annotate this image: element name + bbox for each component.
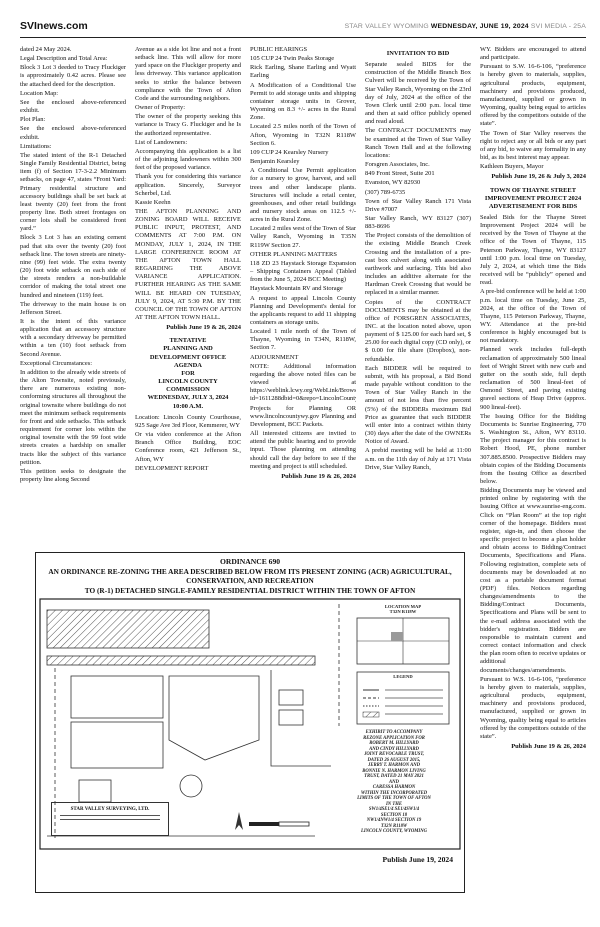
issue-date: WEDNESDAY, JUNE 19, 2024 [431, 23, 529, 30]
notice-body: Thank you for considering this variance … [135, 173, 241, 197]
notice-body: Sealed Bids for the Thayne Street Improv… [480, 214, 586, 287]
notice-column-3: PUBLIC HEARINGS105 CUP 24 Twin Peaks Sto… [250, 46, 356, 546]
notice-publish: Publish June 19, 26 & July 3, 2024 [480, 173, 586, 181]
notice-body: The CONTRACT DOCUMENTS may be examined a… [365, 127, 471, 160]
notice-body: A Conditional Use Permit application for… [250, 167, 356, 224]
notice-body: Block 3 Lot 3 has an existing cement pad… [20, 234, 126, 299]
location-map-label: LOCATION MAP T32N R118W [355, 604, 451, 615]
masthead-rule [20, 37, 586, 38]
notice-body: PUBLIC HEARINGS [250, 46, 356, 54]
notice-body: In addition to the already wide streets … [20, 369, 126, 467]
notice-publish: Publish June 19 & 26, 2024 [135, 324, 241, 332]
notice-body: 118 ZD 23 Haystack Storage Expansion – S… [250, 260, 356, 284]
notice-body: The owner of the property seeking this v… [135, 113, 241, 137]
notice-body: The Issuing Office for the Bidding Docum… [480, 413, 586, 486]
notice-body: 109 CUP 24 Kearsley Nursery [250, 149, 356, 157]
notice-body: Plot Plan: [20, 116, 126, 124]
notice-body: This petition seeks to designate the pro… [20, 468, 126, 484]
notice-body: See the enclosed above-referenced exhibi… [20, 125, 126, 141]
notice-body: The Town of Star Valley reserves the rig… [480, 130, 586, 163]
notice-heading: TOWN OF THAYNE STREET IMPROVEMENT PROJEC… [480, 187, 586, 211]
notice-body: Block 3 Lot 3 deeded to Tracy Fluckiger … [20, 64, 126, 88]
notice-body: Legal Description and Total Area: [20, 55, 126, 63]
site-name: SVInews.com [20, 20, 88, 32]
notice-body: Each BIDDER will be required to submit, … [365, 365, 471, 447]
notice-body: (307) 789-6735 [365, 189, 471, 197]
notice-body: Pursuant to S.W. 16-6-106, “preference i… [480, 63, 586, 128]
notice-body: The driveway to the main house is on Jef… [20, 301, 126, 317]
notice-column-5: WY. Bidders are encouraged to attend and… [480, 46, 586, 841]
notice-body: Kassie Keehn [135, 199, 241, 207]
notice-body: Or via video conference at the Afton Bra… [135, 431, 241, 464]
notice-body: ADJOURNMENT [250, 354, 356, 362]
notice-body: The Project consists of the demolition o… [365, 232, 471, 297]
notice-column-2: Avenue as a side lot line and not a fron… [135, 46, 241, 546]
ordinance-publish-line: Publish June 19, 2024 [39, 855, 453, 864]
notice-body: List of Landowners: [135, 139, 241, 147]
notice-body: Pursuant to W.S. 16-6-106, “preference i… [480, 676, 586, 741]
notice-body: Star Valley Ranch, WY 83127 (307) 883-86… [365, 215, 471, 231]
notice-body: Kathleen Buyers, Mayor [480, 163, 586, 171]
surveyor-rule [60, 815, 160, 816]
notice-body: Accompanying this application is a list … [135, 148, 241, 172]
ordinance-title-line2: TO (R-1) DETACHED SINGLE-FAMILY RESIDENT… [39, 586, 461, 595]
notice-column-4: INVITATION TO BIDSeparate sealed BIDS fo… [365, 46, 471, 546]
notice-body: Location: Lincoln County Courthouse, 925… [135, 414, 241, 430]
notice-body: WY. Bidders are encouraged to attend and… [480, 46, 586, 62]
notice-body: Limitations: [20, 143, 126, 151]
exhibit-text-block: EXHIBIT TO ACCOMPANY REZONE APPLICATION … [333, 730, 455, 835]
surveyor-title-block: STAR VALLEY SURVEYING, LTD. [51, 802, 169, 836]
ordinance-690-box: ORDINANCE 690 AN ORDINANCE RE-ZONING THE… [35, 552, 465, 893]
plat-map: LOCATION MAP T32N R118W LEGEND EXHIBIT T… [39, 598, 461, 850]
notice-body: Exceptional Circumstances: [20, 360, 126, 368]
notice-heading: INVITATION TO BID [365, 50, 471, 58]
notice-body: Copies of the CONTRACT DOCUMENTS may be … [365, 299, 471, 364]
notice-body: NOTE: Additional information regarding t… [250, 363, 356, 404]
notice-body: Location Map: [20, 90, 126, 98]
notice-body: Avenue as a side lot line and not a fron… [135, 46, 241, 103]
edition-label: SVI MEDIA - 25A [529, 23, 586, 30]
notice-body: THE AFTON PLANNING AND ZONING BOARD WILL… [135, 208, 241, 322]
notice-body: Haystack Mountain RV and Storage [250, 285, 356, 293]
notice-body: Separate sealed BIDS for the constructio… [365, 61, 471, 126]
notice-publish: Publish June 19 & 26, 2024 [250, 473, 356, 481]
notice-body: DEVELOPMENT REPORT [135, 465, 241, 473]
notice-body: Planned work includes full-depth reclama… [480, 346, 586, 411]
notice-body: Located 2 miles west of the Town of Star… [250, 225, 356, 249]
notice-body: Located 1 mile north of the Town of Thay… [250, 328, 356, 352]
legend-label: LEGEND [357, 674, 449, 679]
notice-body: The stated intent of the R-1 Detached Si… [20, 152, 126, 234]
notice-body: 105 CUP 24 Twin Peaks Storage [250, 55, 356, 63]
notice-body: OTHER PLANNING MATTERS [250, 251, 356, 259]
notice-body: A pre-bid conference will be held at 1:0… [480, 288, 586, 345]
notice-body: Rick Earling, Shane Earling and Wyatt Ea… [250, 64, 356, 80]
notice-body: A prebid meeting will be held at 11:00 a… [365, 447, 471, 471]
newspaper-page: SVInews.com STAR VALLEY WYOMING WEDNESDA… [0, 0, 600, 927]
notice-body: All interested citizens are invited to a… [250, 430, 356, 471]
notice-publish: Publish June 19 & 26, 2024 [480, 743, 586, 751]
surveyor-rule [60, 819, 160, 820]
masthead: SVInews.com STAR VALLEY WYOMING WEDNESDA… [20, 20, 586, 36]
notice-body: Projects for Planning OR www.lincolncoun… [250, 405, 356, 429]
ordinance-number: ORDINANCE 690 [39, 557, 461, 566]
ordinance-title-line1: AN ORDINANCE RE-ZONING THE AREA DESCRIBE… [39, 567, 461, 585]
notice-body: A request to appeal Lincoln County Plann… [250, 295, 356, 328]
surveyor-name: STAR VALLEY SURVEYING, LTD. [52, 807, 168, 812]
notice-heading: TENTATIVE PLANNING AND DEVELOPMENT OFFIC… [135, 337, 241, 410]
notice-column-1: dated 24 May 2024.Legal Description and … [20, 46, 126, 546]
notice-body: Benjamin Kearsley [250, 158, 356, 166]
notice-body: A Modification of a Conditional Use Perm… [250, 82, 356, 123]
region-label: STAR VALLEY WYOMING [345, 23, 431, 30]
notice-body: Located 2.5 miles north of the Town of A… [250, 123, 356, 147]
notice-body: It is the intent of this variance applic… [20, 318, 126, 359]
edition-line: STAR VALLEY WYOMING WEDNESDAY, JUNE 19, … [345, 23, 586, 30]
notice-body: Forsgren Associates, Inc. [365, 161, 471, 169]
notice-body: 849 Front Street, Suite 201 [365, 170, 471, 178]
notice-body: Evanston, WY 82930 [365, 179, 471, 187]
notice-body: Bidding Documents may be viewed and prin… [480, 487, 586, 675]
notice-body: Town of Star Valley Ranch 171 Vista Driv… [365, 198, 471, 214]
notice-body: Owner of Property: [135, 104, 241, 112]
notice-body: dated 24 May 2024. [20, 46, 126, 54]
notice-body: See the enclosed above-referenced exhibi… [20, 99, 126, 115]
